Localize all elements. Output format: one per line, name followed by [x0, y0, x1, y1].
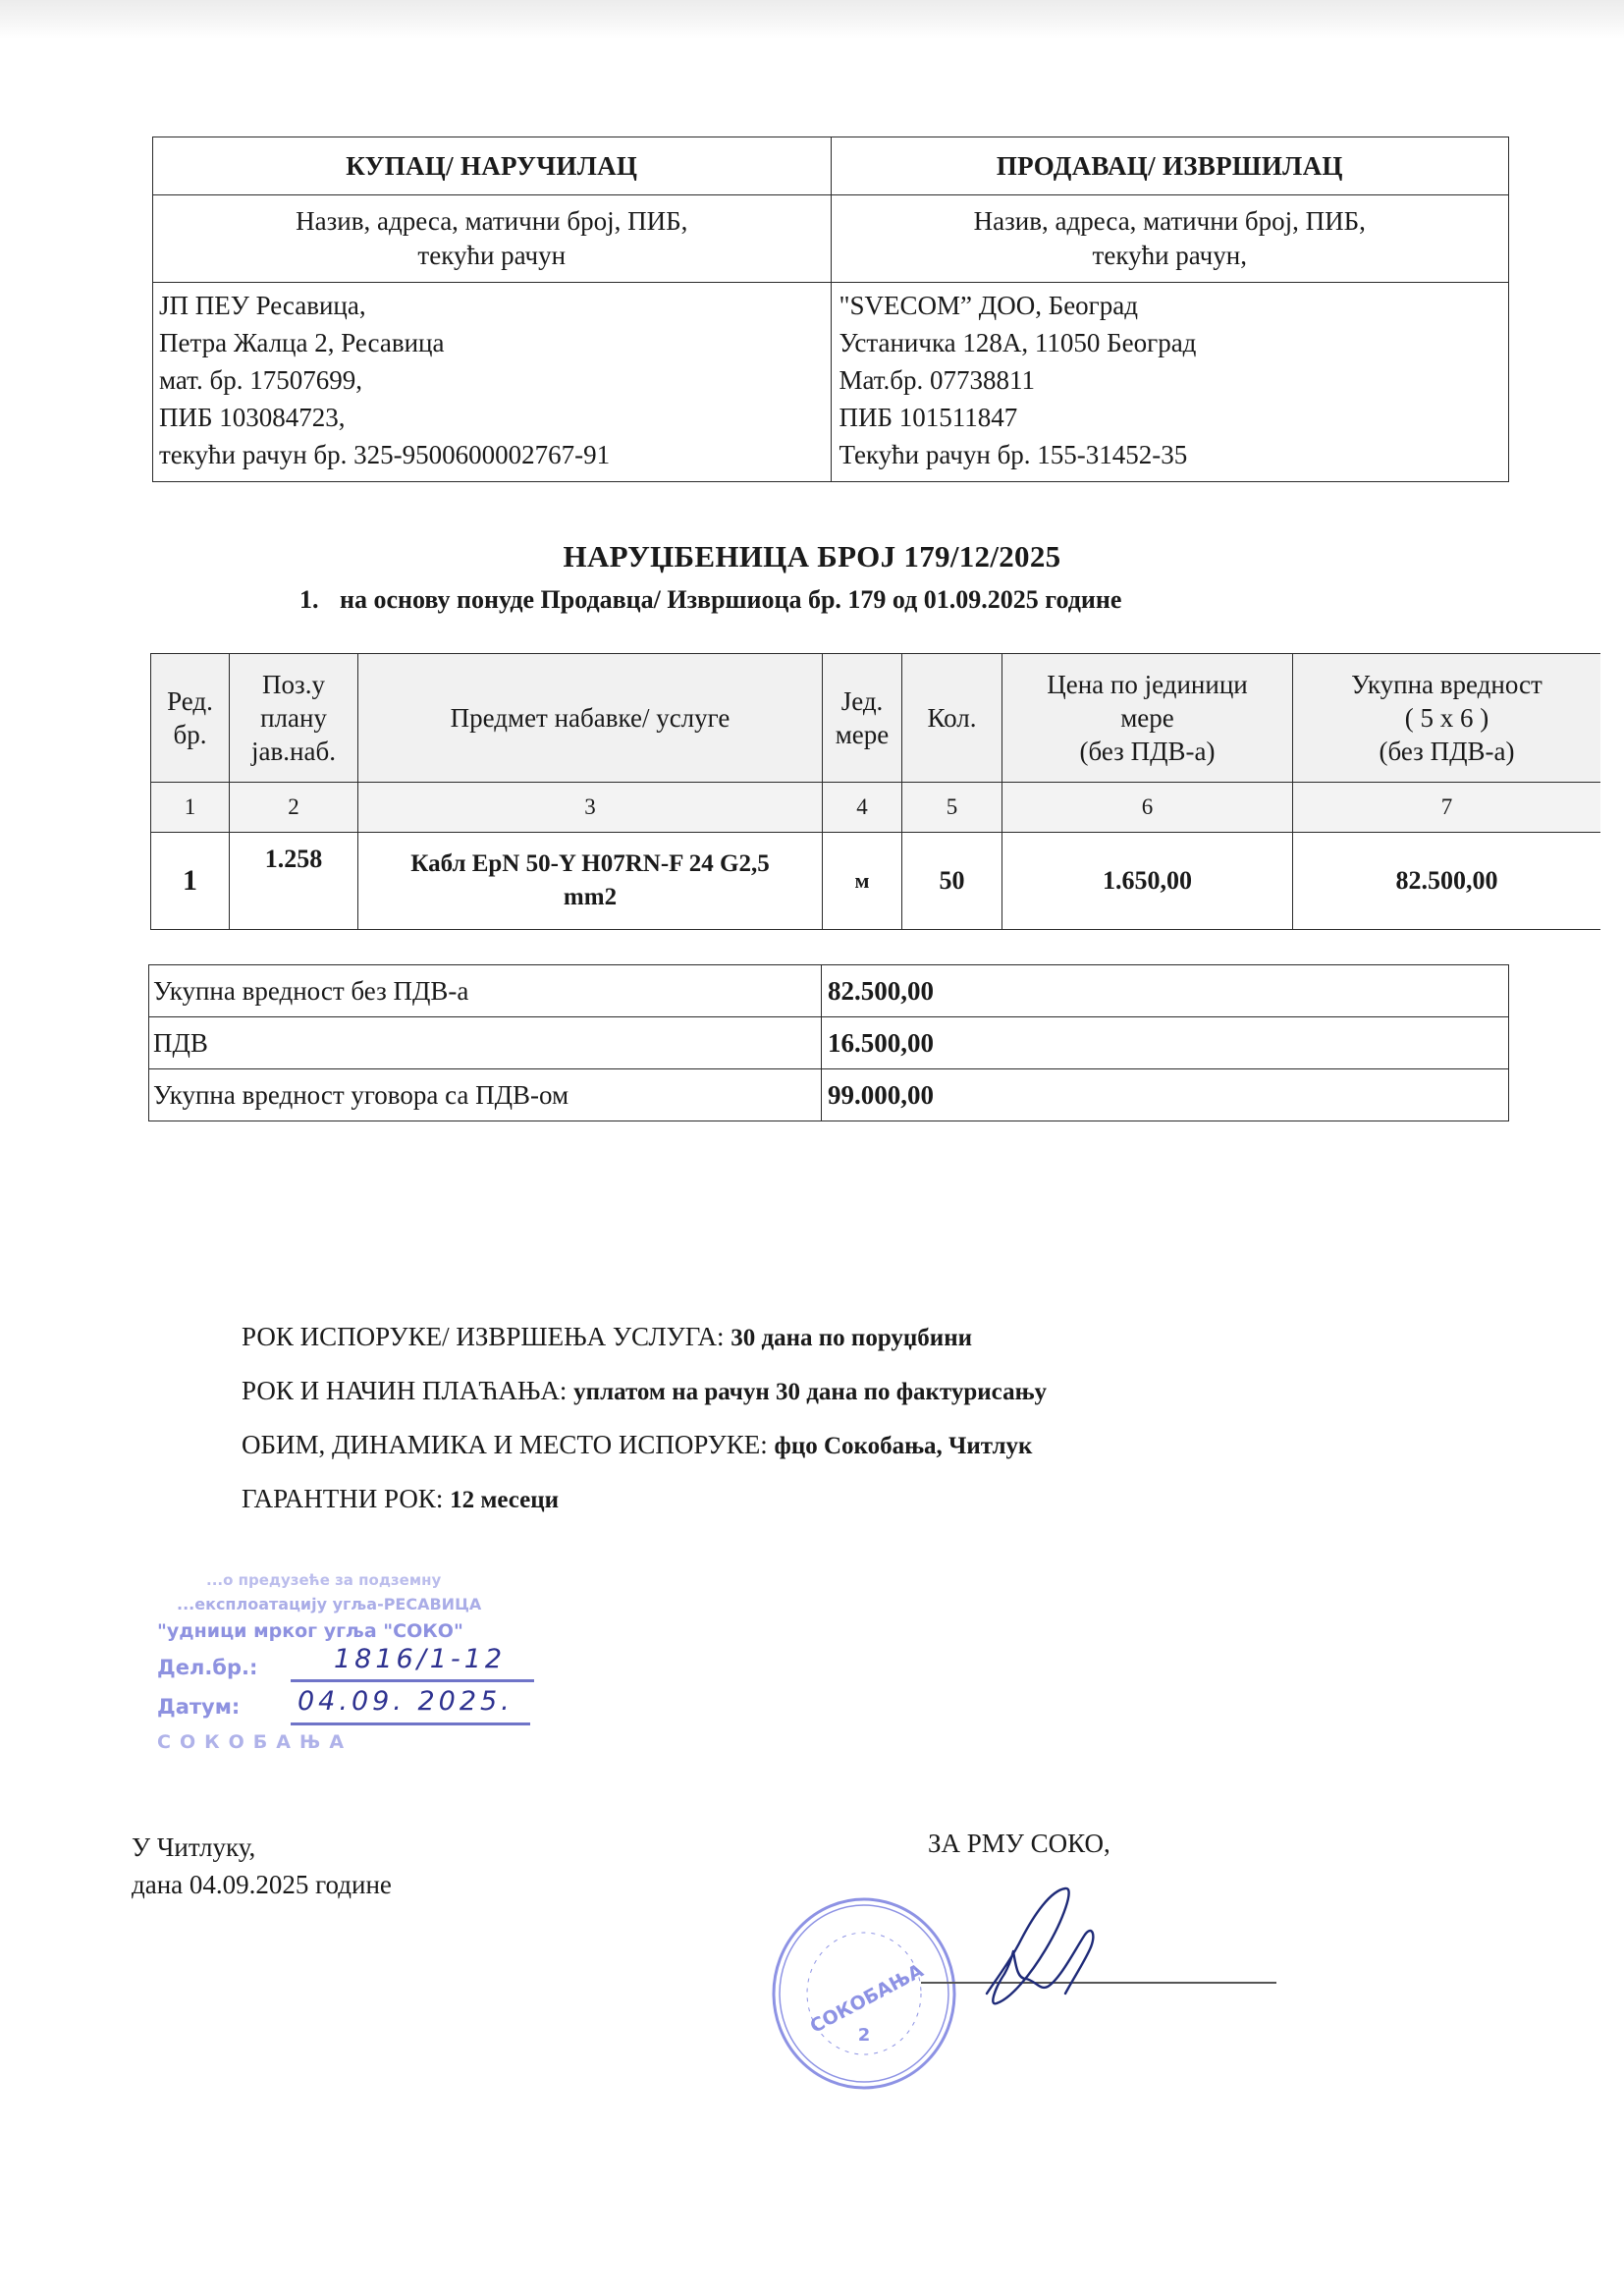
column-number: 3 [358, 783, 823, 833]
buyer-address: Петра Жалца 2, Ресавица [159, 324, 825, 361]
payment-term: РОК И НАЧИН ПЛАЋАЊА: уплатом на рачун 30… [242, 1376, 1047, 1430]
table-row: 1 1.258 Кабл EpN 50-Y H07RN-F 24 G2,5 mm… [151, 833, 1601, 930]
seller-name: "SVECOM” ДОО, Београд [839, 287, 1503, 324]
seller-tax-id: ПИБ 101511847 [839, 399, 1503, 436]
items-table: Ред. бр. Поз.у плану јав.наб. Предмет на… [150, 653, 1600, 930]
seller-info: "SVECOM” ДОО, Београд Устаничка 128А, 11… [831, 283, 1509, 482]
warranty-term: ГАРАНТНИ РОК: 12 месеци [242, 1484, 1047, 1538]
term-value: 12 месеци [450, 1487, 559, 1513]
stamp-del-label: Дел.бр.: [157, 1656, 257, 1679]
buyer-subheader-line: текући рачун [153, 239, 831, 273]
term-value: фцо Сокобања, Читлук [775, 1433, 1033, 1459]
header-line: Кол. [902, 701, 1001, 735]
total-with-vat-label: Укупна вредност уговора са ПДВ-ом [149, 1069, 822, 1121]
header-line: (без ПДВ-а) [1002, 735, 1292, 768]
header-line: Јед. [823, 684, 901, 718]
header-line: мере [1002, 701, 1292, 735]
buyer-header: КУПАЦ/ НАРУЧИЛАЦ [153, 137, 832, 195]
totals-row: Укупна вредност без ПДВ-а 82.500,00 [149, 965, 1509, 1017]
header-line: бр. [151, 718, 229, 751]
col-header-unit: Јед. мере [823, 654, 902, 783]
column-number: 2 [230, 783, 358, 833]
column-number: 5 [902, 783, 1002, 833]
seller-header: ПРОДАВАЦ/ ИЗВРШИЛАЦ [831, 137, 1509, 195]
stamp-line: ...експлоатацију угља-РЕСАВИЦА [177, 1595, 481, 1613]
buyer-tax-id: ПИБ 103084723, [159, 399, 825, 436]
buyer-subheader: Назив, адреса, матични број, ПИБ, текући… [153, 195, 832, 283]
stamp-underline [291, 1722, 530, 1725]
header-line: Поз.у [230, 668, 357, 701]
col-header-row-number: Ред. бр. [151, 654, 230, 783]
quantity: 50 [902, 833, 1002, 930]
item-description: Кабл EpN 50-Y H07RN-F 24 G2,5 mm2 [358, 833, 823, 930]
header-line: Ред. [151, 684, 229, 718]
round-stamp-icon: СОКОБАЊА 2 [766, 1895, 962, 2092]
registry-stamp: ...о предузеће за подземну ...експлоатац… [147, 1571, 540, 1768]
header-line: мере [823, 718, 901, 751]
col-header-total: Укупна вредност ( 5 x 6 ) (без ПДВ-а) [1293, 654, 1601, 783]
totals-table: Укупна вредност без ПДВ-а 82.500,00 ПДВ … [148, 964, 1509, 1121]
header-line: (без ПДВ-а) [1293, 735, 1600, 768]
document-title: НАРУЏБЕНИЦА БРОЈ 179/12/2025 [0, 539, 1624, 574]
unit: м [823, 833, 902, 930]
parties-table: КУПАЦ/ НАРУЧИЛАЦ ПРОДАВАЦ/ ИЗВРШИЛАЦ Наз… [152, 137, 1509, 482]
signatory-label: ЗА РМУ СОКО, [928, 1829, 1110, 1859]
term-value: 30 дана по поруџбини [731, 1325, 972, 1351]
subtitle-text: на основу понуде Продавца/ Извршиоца бр.… [340, 585, 1121, 614]
col-header-quantity: Кол. [902, 654, 1002, 783]
seller-address: Устаничка 128А, 11050 Београд [839, 324, 1503, 361]
buyer-info: ЈП ПЕУ Ресавица, Петра Жалца 2, Ресавица… [153, 283, 832, 482]
term-label: ГАРАНТНИ РОК: [242, 1484, 450, 1513]
header-line: плану [230, 701, 357, 735]
delivery-place: ОБИМ, ДИНАМИКА И МЕСТО ИСПОРУКЕ: фцо Сок… [242, 1430, 1047, 1484]
scan-artifact [0, 0, 1624, 39]
unit-price: 1.650,00 [1002, 833, 1293, 930]
seller-subheader-line: текући рачун, [832, 239, 1509, 273]
stamp-date-value: 04.09. 2025. [298, 1686, 514, 1717]
stamp-line: "удници мрког угља "СОКО" [157, 1620, 463, 1642]
stamp-line: ...о предузеће за подземну [206, 1571, 441, 1589]
document-subtitle: 1.на основу понуде Продавца/ Извршиоца б… [299, 585, 1121, 615]
totals-row: Укупна вредност уговора са ПДВ-ом 99.000… [149, 1069, 1509, 1121]
term-label: РОК ИСПОРУКЕ/ ИЗВРШЕЊА УСЛУГА: [242, 1322, 731, 1351]
col-header-unit-price: Цена по јединици мере (без ПДВ-а) [1002, 654, 1293, 783]
header-line: ( 5 x 6 ) [1293, 701, 1600, 735]
line-total: 82.500,00 [1293, 833, 1601, 930]
vat-label: ПДВ [149, 1017, 822, 1069]
total-without-vat-value: 82.500,00 [822, 965, 1509, 1017]
col-header-plan-position: Поз.у плану јав.наб. [230, 654, 358, 783]
col-header-subject: Предмет набавке/ услуге [358, 654, 823, 783]
signature-icon [967, 1881, 1164, 2018]
buyer-name: ЈП ПЕУ Ресавица, [159, 287, 825, 324]
column-number: 6 [1002, 783, 1293, 833]
place-and-date: У Читлуку, дана 04.09.2025 године [132, 1829, 392, 1903]
column-number: 4 [823, 783, 902, 833]
column-number: 1 [151, 783, 230, 833]
subtitle-number: 1. [299, 585, 340, 615]
stamp-date-label: Датум: [157, 1695, 240, 1719]
description-line: Кабл EpN 50-Y H07RN-F 24 G2,5 [358, 847, 822, 881]
totals-row: ПДВ 16.500,00 [149, 1017, 1509, 1069]
seller-subheader-line: Назив, адреса, матични број, ПИБ, [832, 204, 1509, 239]
svg-text:2: 2 [858, 2025, 871, 2046]
stamp-underline [291, 1679, 534, 1682]
buyer-reg-number: мат. бр. 17507699, [159, 361, 825, 399]
column-number-row: 1 2 3 4 5 6 7 [151, 783, 1601, 833]
term-label: ОБИМ, ДИНАМИКА И МЕСТО ИСПОРУКЕ: [242, 1430, 775, 1459]
term-label: РОК И НАЧИН ПЛАЋАЊА: [242, 1376, 573, 1405]
seller-subheader: Назив, адреса, матични број, ПИБ, текући… [831, 195, 1509, 283]
seller-bank-account: Текући рачун бр. 155-31452-35 [839, 436, 1503, 473]
description-line: mm2 [358, 881, 822, 914]
column-number: 7 [1293, 783, 1601, 833]
header-line: Цена по јединици [1002, 668, 1292, 701]
place-line: У Читлуку, [132, 1829, 392, 1866]
header-line: Предмет набавке/ услуге [358, 701, 822, 735]
plan-position: 1.258 [230, 833, 358, 930]
stamp-city: СОКОБАЊА [157, 1731, 352, 1753]
vat-value: 16.500,00 [822, 1017, 1509, 1069]
stamp-del-number: 1816/1-12 [334, 1644, 506, 1674]
header-line: јав.наб. [230, 735, 357, 768]
header-line: Укупна вредност [1293, 668, 1600, 701]
buyer-subheader-line: Назив, адреса, матични број, ПИБ, [153, 204, 831, 239]
delivery-term: РОК ИСПОРУКЕ/ ИЗВРШЕЊА УСЛУГА: 30 дана п… [242, 1322, 1047, 1376]
terms-section: РОК ИСПОРУКЕ/ ИЗВРШЕЊА УСЛУГА: 30 дана п… [242, 1322, 1047, 1538]
total-without-vat-label: Укупна вредност без ПДВ-а [149, 965, 822, 1017]
date-line: дана 04.09.2025 године [132, 1866, 392, 1903]
row-number: 1 [151, 833, 230, 930]
total-with-vat-value: 99.000,00 [822, 1069, 1509, 1121]
term-value: уплатом на рачун 30 дана по фактурисању [573, 1379, 1047, 1405]
seller-reg-number: Мат.бр. 07738811 [839, 361, 1503, 399]
items-header-row: Ред. бр. Поз.у плану јав.наб. Предмет на… [151, 654, 1601, 783]
buyer-bank-account: текући рачун бр. 325-9500600002767-91 [159, 436, 825, 473]
